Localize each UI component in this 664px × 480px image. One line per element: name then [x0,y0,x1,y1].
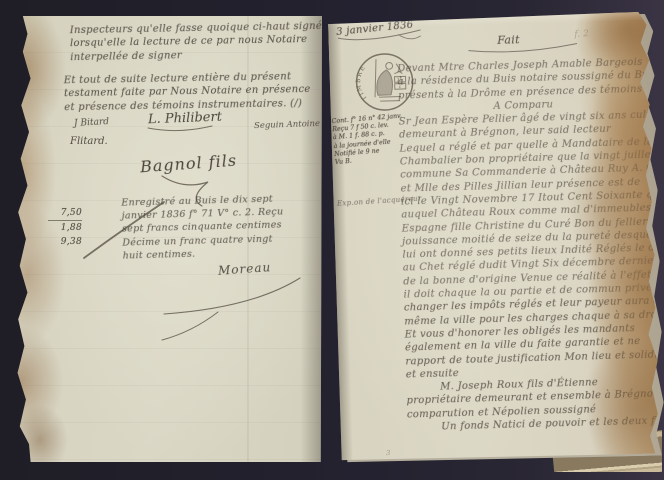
left-page: Inspecteurs qu'elle fasse quoique ci-hau… [12,16,322,462]
archive-scan: Inspecteurs qu'elle fasse quoique ci-hau… [0,0,664,480]
pen-flourishes [328,12,660,463]
right-page: 3 janvier 1836 f. 2 TIMBRE 35 c [328,12,660,463]
pen-flourishes [12,16,322,462]
